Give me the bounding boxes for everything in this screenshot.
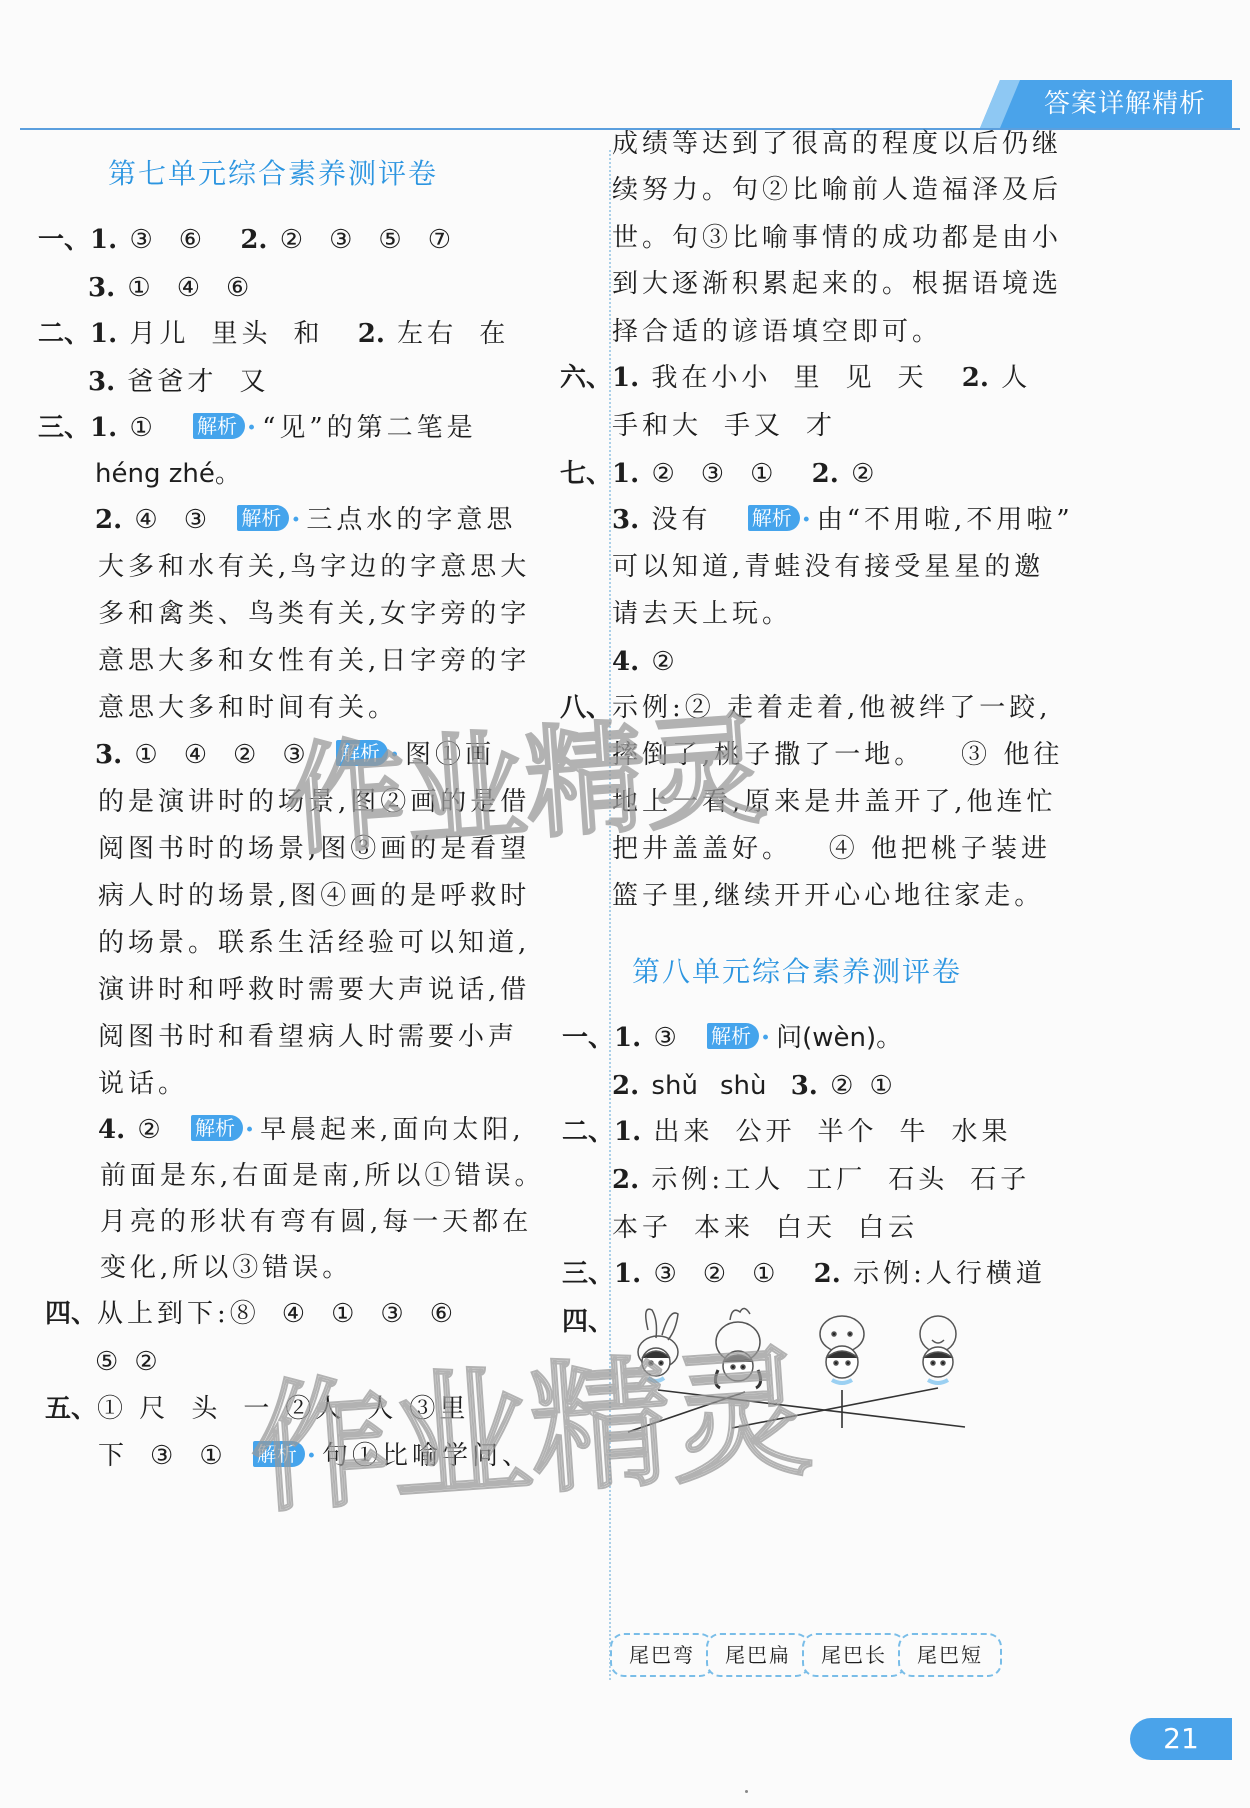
- explanation-line: 成绩等达到了很高的程度以后仍继: [612, 128, 1062, 160]
- explanation-line: 续努力。句②比喻前人造福泽及后: [612, 174, 1062, 206]
- explanation-line: 地上一看,原来是井盖开了,他连忙: [612, 786, 1057, 818]
- explanation-line: 大多和水有关,鸟字边的字意思大: [98, 551, 530, 583]
- answer-1-line-2: 3. ①④⑥: [88, 272, 253, 304]
- analysis-badge: 解析: [336, 740, 388, 766]
- answer-4-line-1: 四、从上到下:⑧④①③⑥: [45, 1298, 457, 1330]
- explanation-line: 演讲时和呼救时需要大声说话,借: [98, 974, 530, 1006]
- explanation-line: 变化,所以③错误。: [100, 1252, 352, 1284]
- explanation-line: 阅图书时的场景,图③画的是看望: [98, 833, 530, 865]
- answer-2-line-2: 3. 爸爸才又: [88, 366, 269, 398]
- answer-7-q4: 4. ②: [612, 646, 679, 678]
- u8-answer-4-label: 四、: [562, 1306, 614, 1338]
- unit-7-title: 第七单元综合素养测评卷: [108, 152, 438, 192]
- explanation-line: 意思大多和女性有关,日字旁的字: [98, 645, 530, 677]
- explanation-line: 月亮的形状有弯有圆,每一天都在: [100, 1206, 532, 1238]
- monkey-hat-boy-icon: [820, 1316, 864, 1383]
- explanation-line: 可以知道,青蛙没有接受星星的邀: [612, 551, 1044, 583]
- explanation-line: 到大逐渐积累起来的。根据语境选: [612, 268, 1062, 300]
- explanation-line: 阅图书时和看望病人时需要小声: [98, 1021, 518, 1053]
- footer-mark: [745, 1790, 748, 1793]
- answer-4-line-2: ⑤②: [95, 1346, 162, 1378]
- explanation-line: 请去天上玩。: [612, 598, 792, 630]
- answer-3-q3: 3. ①④②③ 解析·图①画: [95, 739, 495, 771]
- analysis-badge: 解析: [191, 1115, 243, 1141]
- duck-hat-kid-icon: [920, 1316, 956, 1383]
- explanation-line: 的场景。联系生活经验可以知道,: [98, 927, 530, 959]
- analysis-badge: 解析: [193, 413, 245, 439]
- explanation-line: 把井盖盖好。 ④ 他把桃子装进: [612, 833, 1051, 865]
- u8-answer-1-line-2: 2. shǔshù 3. ②①: [612, 1070, 897, 1102]
- answer-6-line-1: 六、1. 我在小小里见天 2. 人: [560, 362, 1031, 394]
- rooster-hat-girl-icon: [715, 1308, 760, 1388]
- explanation-line: 病人时的场景,图④画的是呼救时: [98, 880, 530, 912]
- analysis-badge: 解析: [237, 505, 289, 531]
- answer-1-line-1: 一、1. ③⑥ 2. ②③⑤⑦: [38, 224, 455, 256]
- analysis-badge: 解析: [748, 505, 800, 531]
- explanation-line: 择合适的谚语填空即可。: [612, 316, 942, 348]
- u8-answer-1-line-1: 一、1. ③ 解析·问(wèn)。: [562, 1022, 902, 1054]
- u8-answer-2-line-2: 2. 示例:工人工厂石头石子: [612, 1164, 1030, 1196]
- explanation-line: 意思大多和时间有关。: [98, 692, 398, 724]
- explanation-line: 说话。: [98, 1068, 188, 1100]
- tag-tail-long: 尾巴长: [802, 1633, 906, 1677]
- answer-7-line-1: 七、1. ②③① 2. ②: [560, 458, 878, 490]
- answer-6-line-2: 手和大手又才: [612, 410, 836, 442]
- explanation-line: 世。句③比喻事情的成功都是由小: [612, 222, 1062, 254]
- analysis-badge: 解析: [707, 1023, 759, 1049]
- answer-7-q3: 3. 没有 解析·由“不用啦,不用啦”: [612, 504, 1074, 536]
- answer-2-line-1: 二、1. 月儿里头和 2. 左右在: [38, 318, 509, 350]
- explanation-line: 前面是东,右面是南,所以①错误。: [100, 1160, 545, 1192]
- answer-3-q4: 4. ② 解析·早晨起来,面向太阳,: [98, 1114, 525, 1146]
- tag-tail-flat: 尾巴扁: [706, 1633, 810, 1677]
- rabbit-hat-girl-icon: [638, 1309, 678, 1381]
- u8-answer-2-line-1: 二、1. 出来公开半个牛水果: [562, 1116, 1012, 1148]
- header-title: 答案详解精析: [1020, 84, 1230, 124]
- explanation-line: 的是演讲时的场景,图②画的是借: [98, 786, 530, 818]
- analysis-badge: 解析: [253, 1441, 305, 1467]
- explanation-line: 多和禽类、鸟类有关,女字旁的字: [98, 598, 530, 630]
- answer-3-q1-pinyin: héng zhé。: [95, 458, 241, 490]
- u8-answer-3: 三、1. ③②① 2. 示例:人行横道: [562, 1258, 1046, 1290]
- answer-8-line-1: 八、示例:② 走着走着,他被绊了一跤,: [560, 692, 1052, 724]
- answer-5-line-2: 下③① 解析·句①比喻学问、: [98, 1440, 532, 1472]
- unit-8-title: 第八单元综合素养测评卷: [632, 950, 962, 990]
- answer-3-q1: 三、1. ① 解析·“见”的第二笔是: [38, 412, 477, 444]
- matching-lines: [628, 1388, 965, 1432]
- tag-tail-curved: 尾巴弯: [610, 1633, 714, 1677]
- tag-tail-short: 尾巴短: [898, 1633, 1002, 1677]
- answer-5-line-1: 五、① 尺头一②人人③里: [45, 1393, 469, 1425]
- u8-answer-2-line-3: 本子本来白天白云: [612, 1212, 918, 1244]
- page-number: 21: [1130, 1718, 1232, 1760]
- answer-3-q2: 2. ④③ 解析·三点水的字意思: [95, 504, 516, 536]
- explanation-line: 篮子里,继续开开心心地往家走。: [612, 880, 1044, 912]
- explanation-line: 摔倒了,桃子撒了一地。 ③ 他往: [612, 739, 1063, 771]
